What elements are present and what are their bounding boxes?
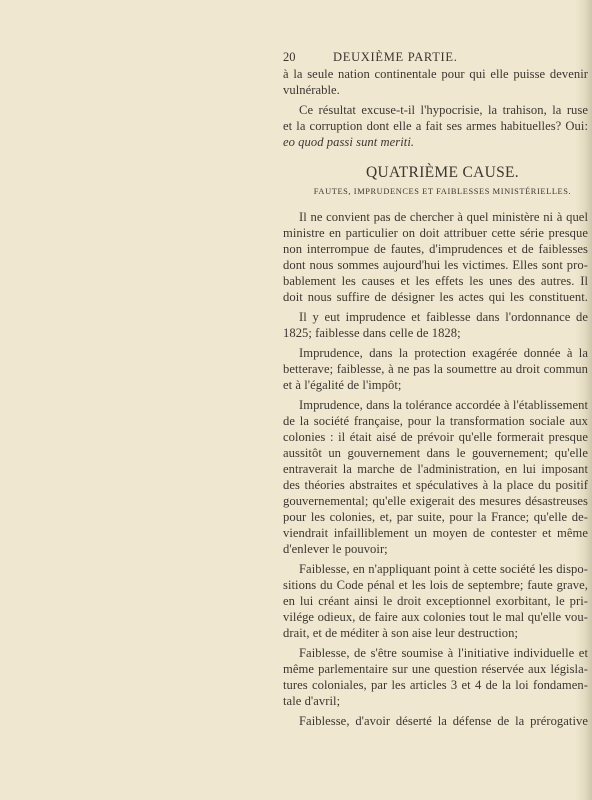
text-column: 20 DEUXIÈME PARTIE. à la seule nation co… xyxy=(283,49,588,729)
text-line: et la corruption dont elle a fait ses ar… xyxy=(283,118,588,134)
text-line: bablement les causes et les effets les u… xyxy=(283,273,588,289)
text-line: colonies : il était aisé de prévoir qu'e… xyxy=(283,429,588,445)
text-line: même parlementaire sur une question rése… xyxy=(283,661,588,677)
text-line: à la seule nation continentale pour qui … xyxy=(283,66,588,82)
text-line: tures coloniales, par les articles 3 et … xyxy=(283,677,588,693)
page-number: 20 xyxy=(283,49,323,65)
latin-quote: eo quod passi sunt meriti. xyxy=(283,134,588,150)
text-line: 1825; faiblesse dans celle de 1828; xyxy=(283,325,588,341)
text-line: vulnérable. xyxy=(283,82,588,98)
text-line: Imprudence, dans la tolérance accordée à… xyxy=(283,397,588,413)
text-line: dont nous sommes aujourd'hui les victime… xyxy=(283,257,588,273)
running-head-title: DEUXIÈME PARTIE. xyxy=(333,49,458,65)
text-line: de la société française, pour la transfo… xyxy=(283,413,588,429)
text-line: d'enlever le pouvoir; xyxy=(283,541,588,557)
text-line: gouvernemental; qu'elle exigerait des me… xyxy=(283,493,588,509)
text-line: ministre en particulier on doit attribue… xyxy=(283,225,588,241)
paragraph: Il y eut imprudence et faiblesse dans l'… xyxy=(283,309,588,341)
text-line: entraverait la marche de l'administratio… xyxy=(283,461,588,477)
text-line: Il y eut imprudence et faiblesse dans l'… xyxy=(283,309,588,325)
book-page: 20 DEUXIÈME PARTIE. à la seule nation co… xyxy=(0,0,592,800)
text-line: sitions du Code pénal et les lois de sep… xyxy=(283,577,588,593)
text-line: Faiblesse, de s'être soumise à l'initiat… xyxy=(283,645,588,661)
running-head: 20 DEUXIÈME PARTIE. xyxy=(283,49,588,66)
text-line: Il ne convient pas de chercher à quel mi… xyxy=(283,209,588,225)
paragraph: Imprudence, dans la tolérance accordée à… xyxy=(283,397,588,557)
text-line: et à l'égalité de l'impôt; xyxy=(283,377,588,393)
section-subtitle: FAUTES, IMPRUDENCES ET FAIBLESSES MINIST… xyxy=(283,184,588,200)
text-line: Imprudence, dans la protection exagérée … xyxy=(283,345,588,361)
paragraph: Faiblesse, d'avoir déserté la défense de… xyxy=(283,713,588,729)
text-line: pour les colonies, et, par suite, pour l… xyxy=(283,509,588,525)
paragraph: Imprudence, dans la protection exagérée … xyxy=(283,345,588,393)
text-line: viendrait infailliblement un moyen de co… xyxy=(283,525,588,541)
text-line: tale d'avril; xyxy=(283,693,588,709)
text-line: aussitôt un gouvernement dans le gouvern… xyxy=(283,445,588,461)
paragraph: à la seule nation continentale pour qui … xyxy=(283,66,588,98)
text-line: Faiblesse, d'avoir déserté la défense de… xyxy=(283,713,588,729)
text-line: en lui créant ainsi le droit exceptionne… xyxy=(283,593,588,609)
paragraph: Il ne convient pas de chercher à quel mi… xyxy=(283,209,588,305)
text-line: drait, et de méditer à son aise leur des… xyxy=(283,625,588,641)
text-line: Ce résultat excuse-t-il l'hypocrisie, la… xyxy=(283,102,588,118)
section-title: QUATRIÈME CAUSE. xyxy=(283,162,588,184)
text-line: doit nous suffire de désigner les actes … xyxy=(283,289,588,305)
paragraph: Faiblesse, de s'être soumise à l'initiat… xyxy=(283,645,588,709)
paragraph: Faiblesse, en n'appliquant point à cette… xyxy=(283,561,588,641)
paragraph: Ce résultat excuse-t-il l'hypocrisie, la… xyxy=(283,102,588,150)
text-line: des théories abstraites et spéculatives … xyxy=(283,477,588,493)
text-line: vilége odieux, de faire aux colonies tou… xyxy=(283,609,588,625)
text-line: betterave; faiblesse, à ne pas la soumet… xyxy=(283,361,588,377)
text-line: Faiblesse, en n'appliquant point à cette… xyxy=(283,561,588,577)
text-line: non interrompue de fautes, d'imprudences… xyxy=(283,241,588,257)
